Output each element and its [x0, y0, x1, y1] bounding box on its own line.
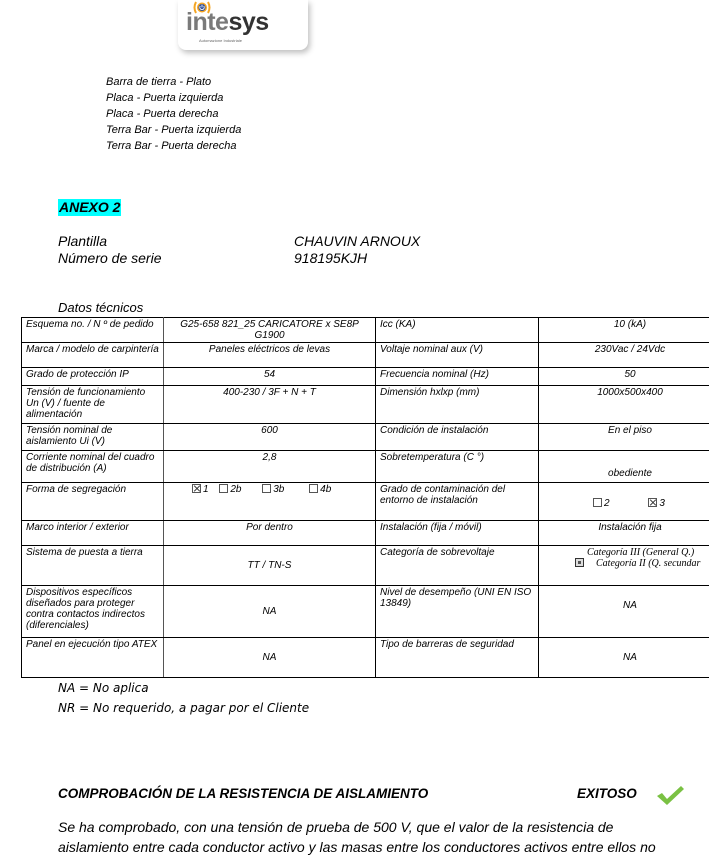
list-item: Terra Bar - Puerta izquierda	[106, 122, 241, 138]
row-label: Forma de segregación	[22, 483, 164, 521]
row-value: 600	[164, 424, 376, 451]
row-value: TT / TN-S	[164, 546, 376, 586]
overvoltage-option[interactable]: Categoría III (General Q.)	[539, 547, 709, 558]
row-label: Tensión de funcionamiento Un (V) / fuent…	[22, 386, 164, 424]
row-label: Esquema no. / N º de pedido	[22, 318, 164, 343]
row-value: 2,8	[164, 451, 376, 483]
row-label: Tipo de barreras de seguridad	[376, 638, 539, 678]
table-row: Tensión nominal de aislamiento Ui (V) 60…	[22, 424, 709, 451]
table-row: Panel en ejecución tipo ATEX NA Tipo de …	[22, 638, 709, 678]
logo-wordmark: intesys	[186, 8, 269, 37]
table-row: Dispositivos específicos diseñados para …	[22, 586, 709, 638]
table-row: Marca / modelo de carpintería Paneles el…	[22, 343, 709, 368]
insulation-test-paragraph: Se ha comprobado, con una tensión de pru…	[58, 817, 709, 855]
overvoltage-option[interactable]: Categoría II (Q. secundar	[539, 558, 709, 569]
row-label: Sistema de puesta a tierra	[22, 546, 164, 586]
serial-value: 918195KJH	[294, 250, 367, 267]
row-value: 50	[539, 368, 709, 386]
table-row: Marco interior / exterior Por dentro Ins…	[22, 521, 709, 546]
tech-data-table: Esquema no. / N º de pedido G25-658 821_…	[21, 317, 709, 678]
overvoltage-options: Categoría III (General Q.) Categoría II …	[539, 546, 709, 586]
row-label: Marca / modelo de carpintería	[22, 343, 164, 368]
segregation-option[interactable]: 4b	[309, 484, 331, 495]
row-label: Instalación (fija / móvil)	[376, 521, 539, 546]
row-label: Categoría de sobrevoltaje	[376, 546, 539, 586]
row-label: Sobretemperatura (C °)	[376, 451, 539, 483]
template-value: CHAUVIN ARNOUX	[294, 233, 420, 250]
list-item: Barra de tierra - Plato	[106, 74, 241, 90]
row-label: Panel en ejecución tipo ATEX	[22, 638, 164, 678]
row-label: Voltaje nominal aux (V)	[376, 343, 539, 368]
check-icon	[655, 783, 685, 807]
row-value: 54	[164, 368, 376, 386]
segregation-option[interactable]: 2b	[219, 484, 241, 495]
annex-title: ANEXO 2	[58, 199, 121, 216]
row-label: Frecuencia nominal (Hz)	[376, 368, 539, 386]
logo-tagline: Automazione Industriale	[199, 38, 242, 43]
row-label: Condición de instalación	[376, 424, 539, 451]
table-row: Corriente nominal del cuadro de distribu…	[22, 451, 709, 483]
row-value: obediente	[539, 451, 709, 483]
row-value: NA	[164, 586, 376, 638]
segregation-options: 1 2b 3b 4b	[164, 483, 376, 521]
intesys-logo: intesys Automazione Industriale	[178, 0, 308, 50]
note-nr: NR = No requerido, a pagar por el Client…	[58, 698, 309, 718]
row-value: Instalación fija	[539, 521, 709, 546]
serial-label: Número de serie	[58, 250, 162, 267]
checkbox-checked-icon[interactable]	[192, 484, 201, 493]
table-row: Esquema no. / N º de pedido G25-658 821_…	[22, 318, 709, 343]
row-value: 230Vac / 24Vdc	[539, 343, 709, 368]
row-value: NA	[539, 638, 709, 678]
list-item: Placa - Puerta derecha	[106, 106, 241, 122]
row-value: 1000x500x400	[539, 386, 709, 424]
row-label: Nivel de desempeño (UNI EN ISO 13849)	[376, 586, 539, 638]
row-value: En el piso	[539, 424, 709, 451]
segregation-option[interactable]: 1	[192, 484, 209, 495]
row-label: Corriente nominal del cuadro de distribu…	[22, 451, 164, 483]
row-label: Tensión nominal de aislamiento Ui (V)	[22, 424, 164, 451]
segregation-option[interactable]: 3b	[262, 484, 284, 495]
table-row: Sistema de puesta a tierra TT / TN-S Cat…	[22, 546, 709, 586]
insulation-test-title: COMPROBACIÓN DE LA RESISTENCIA DE AISLAM…	[58, 786, 428, 801]
checkbox-empty-icon[interactable]	[309, 484, 318, 493]
row-value: Por dentro	[164, 521, 376, 546]
table-row: Tensión de funcionamiento Un (V) / fuent…	[22, 386, 709, 424]
row-label: Marco interior / exterior	[22, 521, 164, 546]
row-value: Paneles eléctricos de levas	[164, 343, 376, 368]
checkbox-empty-icon[interactable]	[219, 484, 228, 493]
row-value: NA	[164, 638, 376, 678]
row-value: 400-230 / 3F + N + T	[164, 386, 376, 424]
note-na: NA = No aplica	[58, 678, 309, 698]
template-label: Plantilla	[58, 233, 107, 250]
row-label: Icc (KA)	[376, 318, 539, 343]
contamination-options: 2 3	[539, 483, 709, 521]
component-list: Barra de tierra - Plato Placa - Puerta i…	[106, 74, 241, 154]
notes: NA = No aplica NR = No requerido, a paga…	[58, 678, 309, 718]
row-label: Dimensión hxlxp (mm)	[376, 386, 539, 424]
checkbox-empty-icon[interactable]	[593, 498, 602, 507]
checkbox-checked-icon[interactable]	[575, 558, 584, 567]
table-row: Grado de protección IP 54 Frecuencia nom…	[22, 368, 709, 386]
row-label: Grado de contaminación del entorno de in…	[376, 483, 539, 521]
list-item: Terra Bar - Puerta derecha	[106, 138, 241, 154]
checkbox-empty-icon[interactable]	[262, 484, 271, 493]
row-value: G25-658 821_25 CARICATORE x SE8P G1900	[164, 318, 376, 343]
row-value: NA	[539, 586, 709, 638]
checkbox-checked-icon[interactable]	[648, 498, 657, 507]
table-row: Forma de segregación 1 2b 3b 4b Grado de…	[22, 483, 709, 521]
row-label: Dispositivos específicos diseñados para …	[22, 586, 164, 638]
list-item: Placa - Puerta izquierda	[106, 90, 241, 106]
contamination-option[interactable]: 3	[648, 498, 665, 509]
insulation-test-result: EXITOSO	[577, 786, 637, 801]
row-label: Grado de protección IP	[22, 368, 164, 386]
row-value: 10 (kA)	[539, 318, 709, 343]
tech-data-title: Datos técnicos	[58, 300, 143, 315]
contamination-option[interactable]: 2	[593, 498, 610, 509]
